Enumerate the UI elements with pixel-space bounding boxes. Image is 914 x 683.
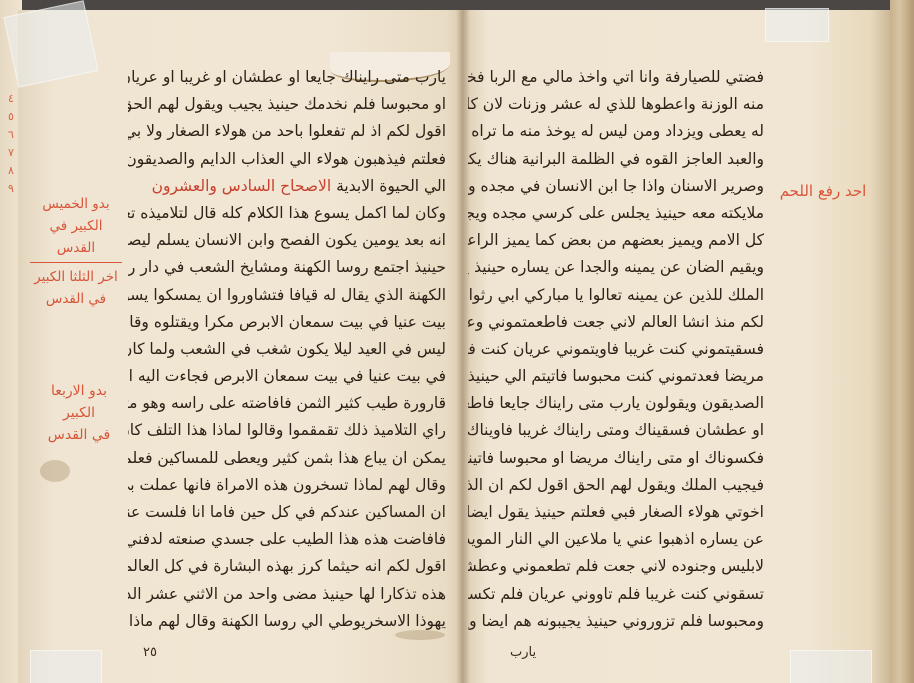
text-line: ٤٥او محبوسا فلم نخدمك حينيذ يجيب ويقول ل… (128, 91, 446, 118)
line-text: يهوذا الاسخريوطي الي روسا الكهنة وقال له… (128, 612, 446, 630)
text-line: مريضا فعدتموني كنت محبوسا فاتيتم الي حين… (468, 363, 764, 390)
line-text: لكم منذ انشا العالم لاني جعت فاطعمتموني … (468, 313, 764, 331)
text-line: ١وكان لما اكمل يسوع هذا الكلام كله قال ل… (128, 200, 446, 227)
text-line: او عطشان فسقيناك ومتى رايناك غريبا فاوين… (468, 417, 764, 444)
line-text: قارورة طيب كثير الثمن فافاضته على راسه و… (128, 394, 446, 412)
text-line: ١٣اقول لكم انه حيثما كرز بهذه البشارة في… (128, 553, 446, 580)
line-text: اخوتي هولاء الصغار فبي فعلتم حينيذ يقول … (468, 503, 764, 521)
repair-tape (765, 8, 829, 42)
line-text: ومحبوسا فلم تزوروني حينيذ يجيبونه هم ايض… (468, 612, 764, 630)
line-text: اقول لكم اذ لم تفعلوا باحد من هولاء الصغ… (128, 122, 446, 140)
text-line: منه الوزنة واعطوها للذي له عشر وزنات لان… (468, 91, 764, 118)
text-line: فضتي للصيارفة وانا اتي واخذ مالي مع الرب… (468, 64, 764, 91)
text-line: ٤٦فعلتم فيذهبون هولاء الي العذاب الدايم … (128, 146, 446, 173)
text-line: ٤الكهنة الذي يقال له قيافا فتشاوروا ان ي… (128, 282, 446, 309)
line-text: مريضا فعدتموني كنت محبوسا فاتيتم الي حين… (468, 367, 764, 385)
text-line: الصديقون ويقولون يارب متى رايناك جايعا ف… (468, 390, 764, 417)
text-line: فكسوناك او متى رايناك مريضا او محبوسا فا… (468, 445, 764, 472)
line-text: يارب متى رايناك جايعا او عطشان او غريبا … (128, 68, 446, 86)
margin-note-text: في القدس (34, 424, 124, 446)
line-text: هذه تذكارا لها حينيذ مضى واحد من الاثني … (128, 585, 446, 603)
line-text: يمكن ان يباع هذا بثمن كثير ويعطى للمساكي… (128, 449, 446, 467)
catchword: يارب (510, 645, 536, 660)
manuscript-photo: ٤ ٥ ٦ ٧ ٨ ٩ يارب متى رايناك جايعا او عطش… (0, 0, 914, 683)
text-line: لكم منذ انشا العالم لاني جعت فاطعمتموني … (468, 309, 764, 336)
page-stack-edge (890, 0, 914, 683)
line-text: في بيت عنيا في بيت سمعان الابرص فجاءت ال… (128, 367, 446, 385)
line-text: فافاضت هذه هذا الطيب على جسدي صنعته لدفن… (128, 530, 446, 548)
text-line: ١٠يمكن ان يباع هذا بثمن كثير ويعطى للمسا… (128, 445, 446, 472)
folio-number: ٢٥ (143, 645, 157, 660)
text-line: لابليس وجنوده لاني جعت فلم تطعموني وعطشت… (468, 553, 764, 580)
line-text: فكسوناك او متى رايناك مريضا او محبوسا فا… (468, 449, 764, 467)
line-text: ملايكته معه حينيذ يجلس على كرسي مجده ويج… (468, 204, 764, 222)
text-line: وصرير الاسنان واذا جا ابن الانسان في مجد… (468, 173, 764, 200)
text-line: ملايكته معه حينيذ يجلس على كرسي مجده ويج… (468, 200, 764, 227)
line-text: تسقوني كنت غريبا فلم تاووني عريان فلم تك… (468, 585, 764, 603)
text-line: اقول لكم اذ لم تفعلوا باحد من هولاء الصغ… (128, 118, 446, 145)
text-line: تسقوني كنت غريبا فلم تاووني عريان فلم تك… (468, 581, 764, 608)
text-line: والعبد العاجز القوه في الظلمة البرانية ه… (468, 146, 764, 173)
line-text: بيت عنيا في بيت سمعان الابرص مكرا ويقتلو… (128, 313, 446, 331)
line-text: حينيذ اجتمع روسا الكهنة ومشايخ الشعب في … (128, 258, 446, 276)
line-text: الصديقون ويقولون يارب متى رايناك جايعا ف… (468, 394, 764, 412)
text-line: ٦ليس في العيد ليلا يكون شغب في الشعب ولم… (128, 336, 446, 363)
text-line: ٩راي التلاميذ ذلك تقمقموا وقالوا لماذا ه… (128, 417, 446, 444)
line-text: له يعطى ويزداد ومن ليس له يوخذ منه ما تر… (468, 122, 764, 140)
repair-tape (790, 650, 872, 683)
margin-note-rubric: بدو الخميس الكبير في القدس اخر الثلثا ال… (30, 193, 122, 310)
text-line: الي الحيوة الابدية الاصحاح السادس والعشر… (128, 173, 446, 200)
text-line: فسقيتموني كنت غريبا فاويتموني عريان كنت … (468, 336, 764, 363)
line-text: او عطشان فسقيناك ومتى رايناك غريبا فاوين… (468, 421, 764, 439)
ink-stain (40, 460, 70, 482)
margin-note-rubric: احد رفع اللحم (778, 180, 868, 202)
line-text: وقال لهم لماذا تسخرون هذه الامراة فانها … (128, 476, 446, 494)
text-line: ٢انه بعد يومين يكون الفصح وابن الانسان ي… (128, 227, 446, 254)
repair-tape (30, 650, 102, 683)
margin-note-text: اخر الثلثا الكبير في القدس (30, 266, 122, 310)
line-text: فسقيتموني كنت غريبا فاويتموني عريان كنت … (468, 340, 764, 358)
text-line: اخوتي هولاء الصغار فبي فعلتم حينيذ يقول … (468, 499, 764, 526)
text-line: ومحبوسا فلم تزوروني حينيذ يجيبونه هم ايض… (468, 608, 764, 635)
line-text: راي التلاميذ ذلك تقمقموا وقالوا لماذا هذ… (128, 421, 446, 439)
margin-divider (30, 262, 122, 263)
margin-note-text: بدو الخميس الكبير في القدس (30, 193, 122, 259)
text-line: ١٥يهوذا الاسخريوطي الي روسا الكهنة وقال … (128, 608, 446, 635)
line-text: فيجيب الملك ويقول لهم الحق اقول لكم ان ا… (468, 476, 764, 494)
line-text: لابليس وجنوده لاني جعت فلم تطعموني وعطشت… (468, 557, 764, 575)
text-line: ويقيم الضان عن يمينه والجدا عن يساره حين… (468, 254, 764, 281)
line-text: الكهنة الذي يقال له قيافا فتشاوروا ان يم… (128, 286, 446, 304)
text-line: ٣حينيذ اجتمع روسا الكهنة ومشايخ الشعب في… (128, 254, 446, 281)
line-text: فضتي للصيارفة وانا اتي واخذ مالي مع الرب… (468, 68, 764, 86)
line-text: الملك للذين عن يمينه تعالوا يا مباركي اب… (468, 286, 764, 304)
margin-note-text: احد رفع اللحم (778, 180, 868, 202)
text-line: كل الامم ويميز بعضهم من بعض كما يميز الر… (468, 227, 764, 254)
text-line: ٥بيت عنيا في بيت سمعان الابرص مكرا ويقتل… (128, 309, 446, 336)
margin-note-rubric: بدو الاربعا الكبير في القدس (34, 380, 124, 446)
text-line: يارب متى رايناك جايعا او عطشان او غريبا … (128, 64, 446, 91)
text-line: عن يساره اذهبوا عني يا ملاعين الي النار … (468, 526, 764, 553)
line-text: والعبد العاجز القوه في الظلمة البرانية ه… (468, 150, 764, 168)
right-page-text: فضتي للصيارفة وانا اتي واخذ مالي مع الرب… (468, 64, 764, 635)
left-page-text: يارب متى رايناك جايعا او عطشان او غريبا … (128, 64, 446, 635)
line-text: ويقيم الضان عن يمينه والجدا عن يساره حين… (468, 258, 764, 276)
line-text: منه الوزنة واعطوها للذي له عشر وزنات لان… (468, 95, 764, 113)
chapter-heading: الاصحاح السادس والعشرون (152, 177, 332, 195)
text-line: له يعطى ويزداد ومن ليس له يوخذ منه ما تر… (468, 118, 764, 145)
margin-note-text: بدو الاربعا الكبير (34, 380, 124, 424)
text-line: ٨قارورة طيب كثير الثمن فافاضته على راسه … (128, 390, 446, 417)
text-line: ١١ان المساكين عندكم في كل حين فاما انا ف… (128, 499, 446, 526)
text-line: ٧في بيت عنيا في بيت سمعان الابرص فجاءت ا… (128, 363, 446, 390)
line-text: ان المساكين عندكم في كل حين فاما انا فلس… (128, 503, 446, 521)
line-text: كل الامم ويميز بعضهم من بعض كما يميز الر… (468, 231, 764, 249)
text-line: الملك للذين عن يمينه تعالوا يا مباركي اب… (468, 282, 764, 309)
line-text: وصرير الاسنان واذا جا ابن الانسان في مجد… (468, 177, 764, 195)
line-text: الي الحيوة الابدية (336, 177, 446, 195)
line-text: اقول لكم انه حيثما كرز بهذه البشارة في ك… (128, 557, 446, 575)
text-line: فيجيب الملك ويقول لهم الحق اقول لكم ان ا… (468, 472, 764, 499)
line-text: ليس في العيد ليلا يكون شغب في الشعب ولما… (128, 340, 446, 358)
line-text: عن يساره اذهبوا عني يا ملاعين الي النار … (468, 530, 764, 548)
line-text: او محبوسا فلم نخدمك حينيذ يجيب ويقول لهم… (128, 95, 446, 113)
text-line: ١٤هذه تذكارا لها حينيذ مضى واحد من الاثن… (128, 581, 446, 608)
text-line: ١٢فافاضت هذه هذا الطيب على جسدي صنعته لد… (128, 526, 446, 553)
text-line: وقال لهم لماذا تسخرون هذه الامراة فانها … (128, 472, 446, 499)
line-text: فعلتم فيذهبون هولاء الي العذاب الدايم وا… (128, 150, 446, 168)
line-text: وكان لما اكمل يسوع هذا الكلام كله قال لت… (128, 204, 446, 222)
line-text: انه بعد يومين يكون الفصح وابن الانسان يس… (128, 231, 446, 249)
